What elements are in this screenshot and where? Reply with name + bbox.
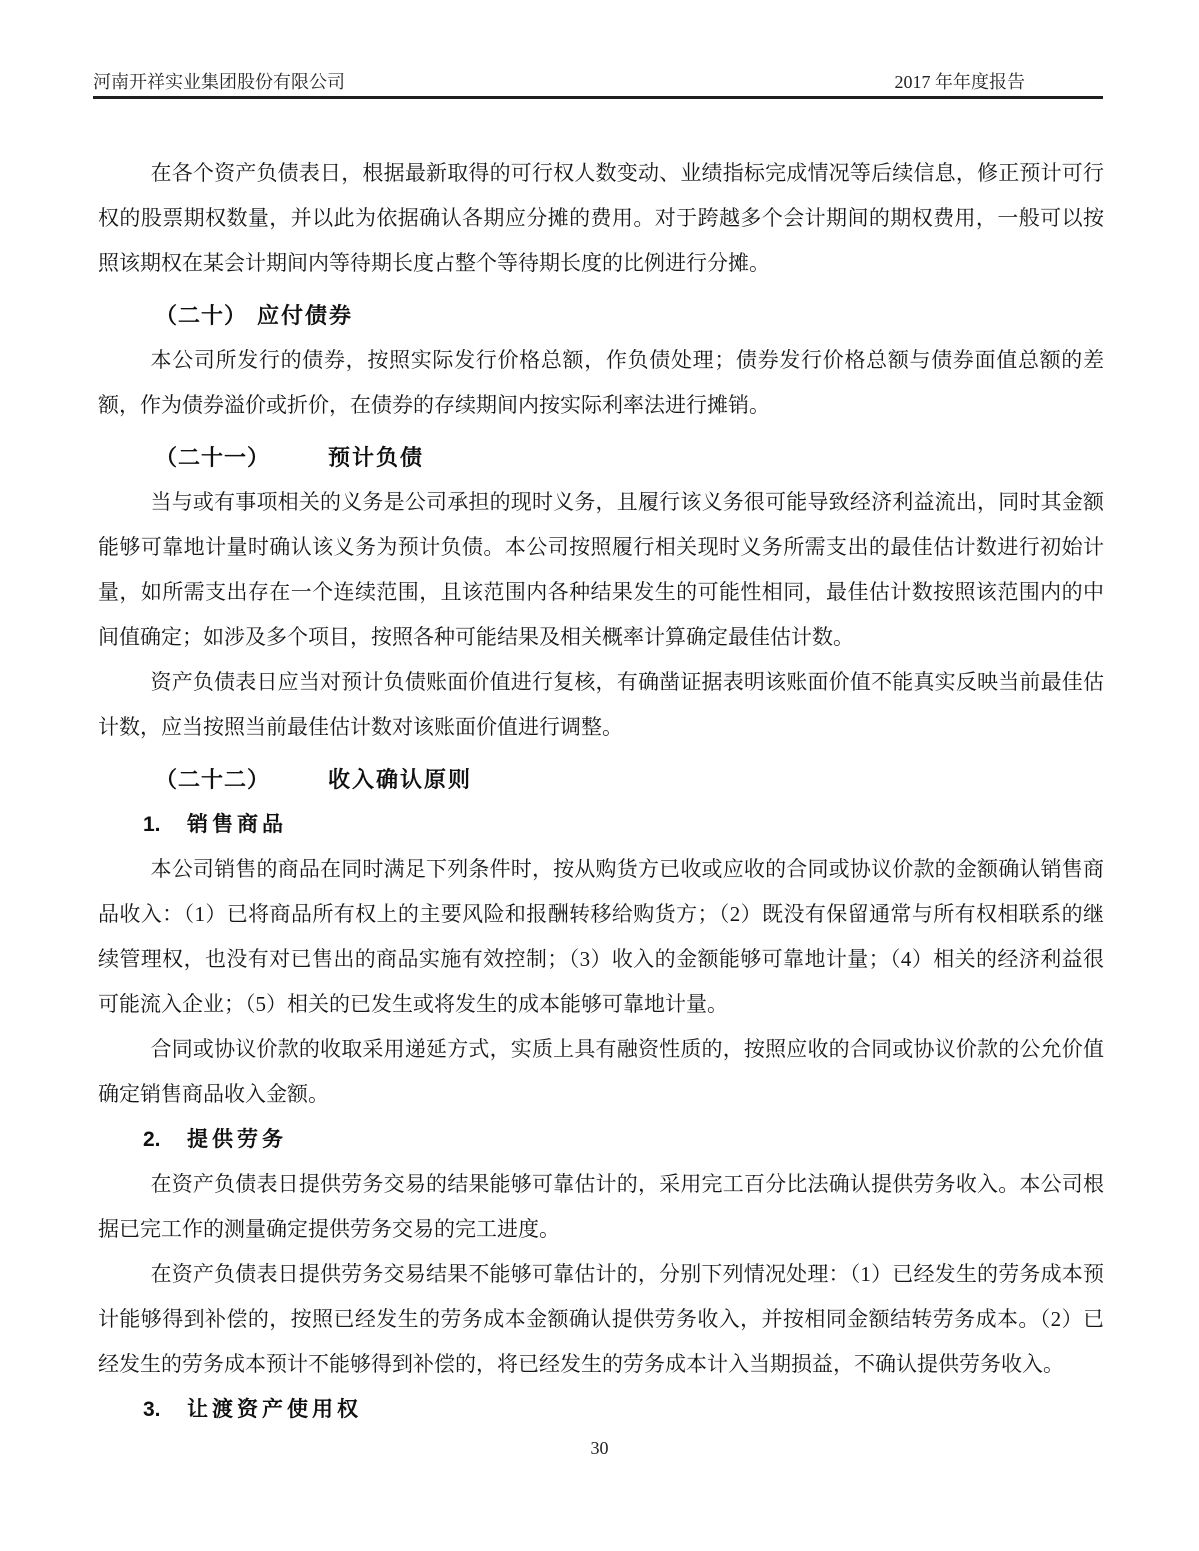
heading-gap xyxy=(247,322,257,323)
sub-heading-title: 让渡资产使用权 xyxy=(187,1398,362,1421)
section-title: 预计负债 xyxy=(328,445,424,470)
section-title: 收入确认原则 xyxy=(328,767,472,792)
section-heading-22-revenue-recognition: （二十二）收入确认原则 xyxy=(98,757,1104,802)
document-body: 在各个资产负债表日，根据最新取得的可行权人数变动、业绩指标完成情况等后续信息，修… xyxy=(98,151,1104,1432)
section-number: （二十二） xyxy=(155,767,270,792)
sub-heading-number: 1. xyxy=(143,802,187,847)
paragraph-deferred-payment: 合同或协议价款的收取采用递延方式，实质上具有融资性质的，按照应收的合同或协议价款… xyxy=(98,1027,1104,1117)
header-rule xyxy=(93,96,1103,99)
heading-gap xyxy=(270,786,328,787)
paragraph-bonds-payable: 本公司所发行的债券，按照实际发行价格总额，作负债处理；债券发行价格总额与债券面值… xyxy=(98,338,1104,428)
paragraph-services-unreliable: 在资产负债表日提供劳务交易结果不能够可靠估计的，分别下列情况处理：（1）已经发生… xyxy=(98,1252,1104,1387)
document-page: 河南开祥实业集团股份有限公司 2017 年年度报告 在各个资产负债表日，根据最新… xyxy=(0,0,1199,1551)
sub-heading-3-asset-use-rights: 3.让渡资产使用权 xyxy=(98,1387,1104,1432)
section-number: （二十一） xyxy=(155,445,270,470)
header-report-title: 2017 年年度报告 xyxy=(895,70,1026,94)
sub-heading-number: 3. xyxy=(143,1387,187,1432)
sub-heading-title: 提供劳务 xyxy=(187,1128,287,1151)
section-number: （二十） xyxy=(155,303,247,328)
paragraph-services-reliable: 在资产负债表日提供劳务交易的结果能够可靠估计的，采用完工百分比法确认提供劳务收入… xyxy=(98,1162,1104,1252)
section-heading-21-estimated-liabilities: （二十一）预计负债 xyxy=(98,435,1104,480)
sub-heading-title: 销售商品 xyxy=(187,813,287,836)
page-header: 河南开祥实业集团股份有限公司 2017 年年度报告 xyxy=(93,70,1103,94)
sub-heading-2-services: 2.提供劳务 xyxy=(98,1117,1104,1162)
paragraph-estimated-liabilities-1: 当与或有事项相关的义务是公司承担的现时义务，且履行该义务很可能导致经济利益流出，… xyxy=(98,480,1104,660)
header-company-name: 河南开祥实业集团股份有限公司 xyxy=(93,70,345,94)
heading-gap xyxy=(270,464,328,465)
sub-heading-1-goods-sales: 1.销售商品 xyxy=(98,802,1104,847)
paragraph-goods-sales-conditions: 本公司销售的商品在同时满足下列条件时，按从购货方已收或应收的合同或协议价款的金额… xyxy=(98,847,1104,1027)
page-number: 30 xyxy=(0,1438,1199,1459)
paragraph-estimated-liabilities-2: 资产负债表日应当对预计负债账面价值进行复核，有确凿证据表明该账面价值不能真实反映… xyxy=(98,660,1104,750)
section-heading-20-bonds-payable: （二十）应付债券 xyxy=(98,293,1104,338)
sub-heading-number: 2. xyxy=(143,1117,187,1162)
paragraph-share-options: 在各个资产负债表日，根据最新取得的可行权人数变动、业绩指标完成情况等后续信息，修… xyxy=(98,151,1104,286)
section-title: 应付债券 xyxy=(257,303,353,328)
